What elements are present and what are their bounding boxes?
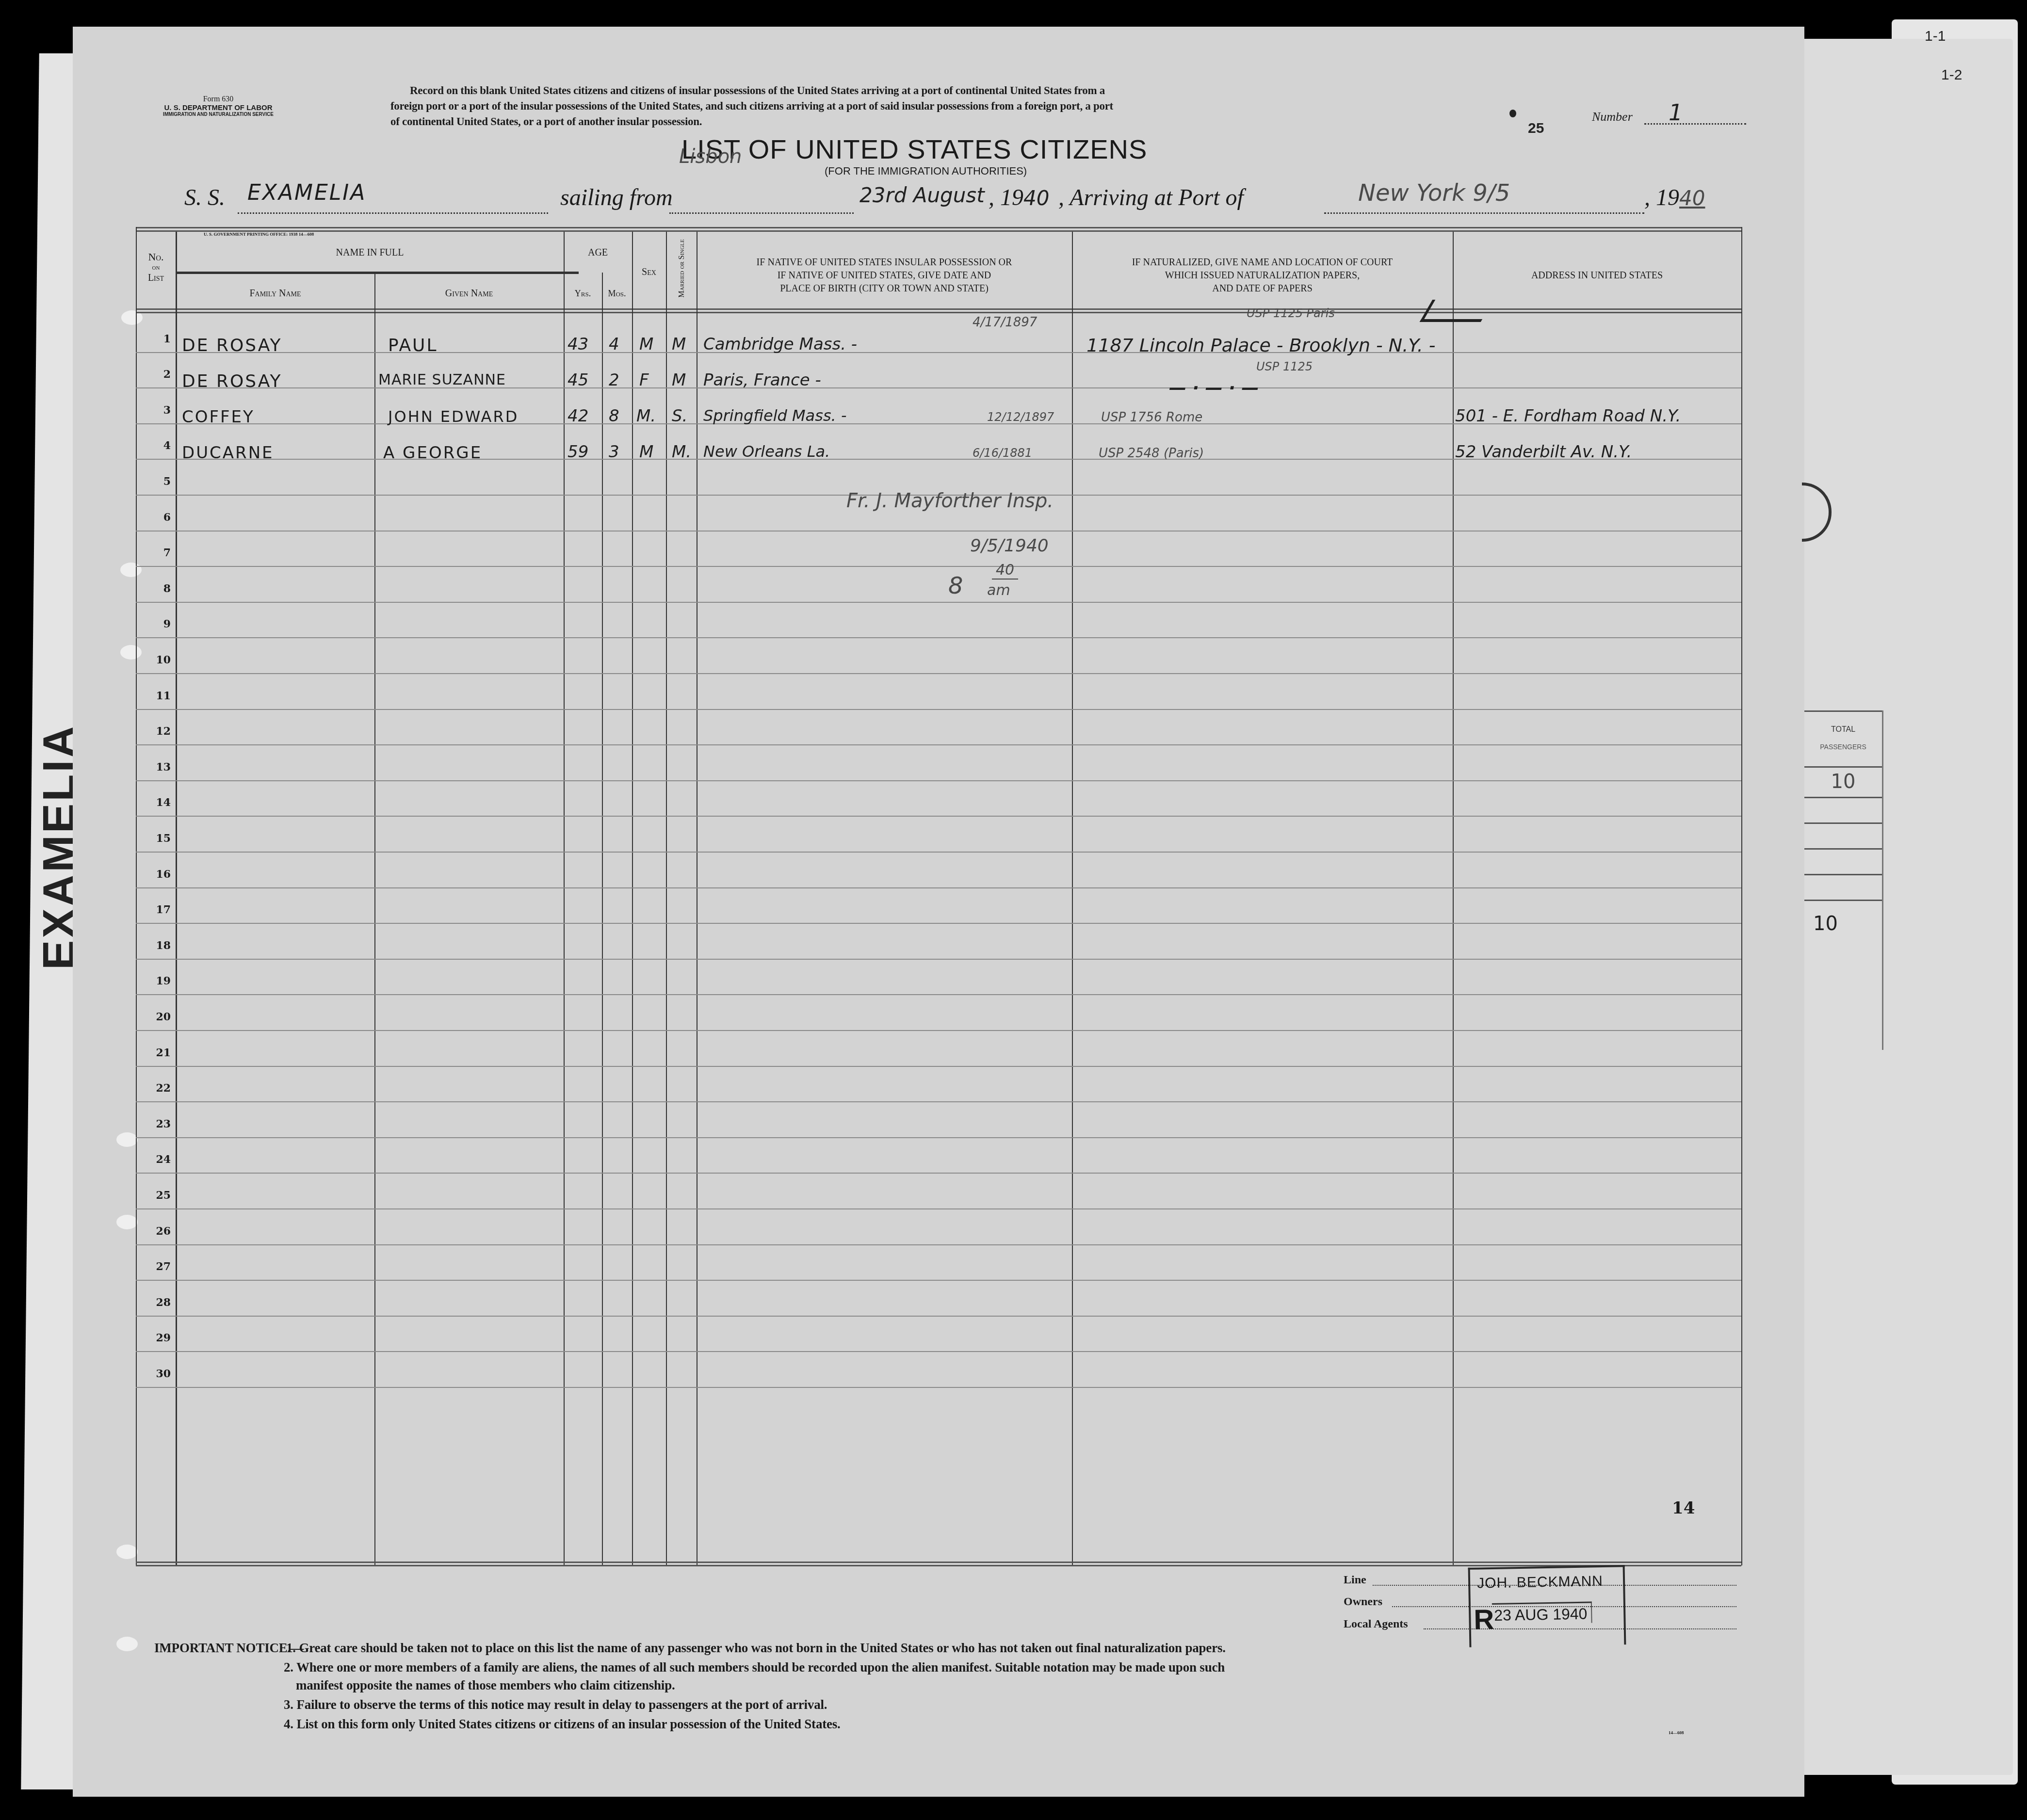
row-number: 2: [142, 368, 171, 381]
row-divider: [136, 1280, 1741, 1281]
row-divider: [136, 1101, 1741, 1102]
row-number: 8: [142, 582, 171, 595]
naturalization-cell: 1187 Lincoln Palace - Brooklyn - N.Y. -: [1086, 335, 1436, 356]
stamp-letter: R: [1474, 1603, 1494, 1636]
total-value: 10: [1804, 771, 1882, 793]
stamp-agent-name: JOH. BECKMANN: [1477, 1573, 1623, 1592]
row-divider: [136, 1137, 1741, 1138]
row-divider: [136, 673, 1741, 674]
passengers-label: PASSENGERS: [1804, 743, 1882, 751]
row-divider: [136, 566, 1741, 567]
row-divider: [136, 1208, 1741, 1209]
row-divider: [136, 1030, 1741, 1031]
row-number: 28: [142, 1296, 171, 1309]
age-years-cell: 45: [568, 370, 588, 390]
inspection-time-period: am: [987, 582, 1010, 599]
row-divider: [136, 923, 1741, 924]
birth-place-cell: Cambridge Mass. -: [703, 335, 857, 354]
table-bottom-border: [136, 1562, 1741, 1566]
notice-item: 2. Where one or more members of a family…: [284, 1660, 1225, 1675]
agent-stamp: JOH. BECKMANN R 23 AUG 1940: [1468, 1565, 1626, 1647]
row-number: 23: [142, 1118, 171, 1130]
notice-heading: IMPORTANT NOTICE.—: [154, 1641, 304, 1656]
row-number: 7: [142, 547, 171, 559]
given-name-cell: A GEORGE: [383, 443, 482, 463]
row-number: 25: [142, 1189, 171, 1202]
inspector-signature: Fr. J. Mayforther Insp.: [846, 490, 1054, 512]
row-number: 19: [142, 975, 171, 987]
row-divider: [136, 1351, 1741, 1352]
family-name-cell: DUCARNE: [182, 443, 274, 463]
age-months-cell: 2: [609, 370, 619, 390]
row-divider: [136, 887, 1741, 888]
row-number: 15: [142, 832, 171, 845]
birth-date-cell: 12/12/1897: [987, 410, 1054, 424]
marital-status-cell: M: [672, 370, 686, 390]
naturalization-note: USP 1125 Paris: [1247, 306, 1335, 320]
row-number: 9: [142, 618, 171, 630]
row-divider: [136, 352, 1741, 353]
row-number: 4: [142, 439, 171, 452]
row-number: 10: [142, 654, 171, 666]
total-label: TOTAL: [1804, 725, 1882, 734]
row-number: 5: [142, 475, 171, 488]
family-name-cell: DE ROSAY: [182, 336, 282, 355]
row-number: 13: [142, 761, 171, 773]
naturalization-cell: — · — · —: [1169, 378, 1259, 398]
given-name-cell: JOHN EDWARD: [388, 407, 519, 426]
row-number: 20: [142, 1011, 171, 1023]
age-months-cell: 3: [609, 442, 619, 462]
form-code: 14—608: [1669, 1730, 1684, 1735]
row-divider: [136, 780, 1741, 781]
sex-cell: M: [639, 335, 653, 354]
row-number: 30: [142, 1368, 171, 1380]
row-number: 6: [142, 511, 171, 524]
page-number: 14: [1672, 1498, 1695, 1518]
naturalization-cell: USP 2548 (Paris): [1099, 446, 1204, 461]
sex-cell: M: [639, 442, 653, 462]
birth-place-cell: Paris, France -: [703, 370, 821, 390]
row-divider: [136, 994, 1741, 995]
age-months-cell: 8: [609, 406, 619, 426]
divider: [1804, 874, 1882, 875]
age-months-cell: 4: [609, 335, 619, 354]
divider: [1804, 848, 1882, 850]
notice-item: 4. List on this form only United States …: [284, 1717, 841, 1732]
row-number: 29: [142, 1332, 171, 1344]
birth-place-cell: Springfield Mass. -: [703, 406, 846, 425]
divider: [1804, 822, 1882, 824]
family-name-cell: COFFEY: [182, 407, 255, 427]
row-divider: [136, 1173, 1741, 1174]
sex-cell: M.: [636, 406, 656, 426]
family-name-cell: DE ROSAY: [182, 371, 282, 391]
naturalization-cell: USP 1756 Rome: [1101, 410, 1202, 425]
row-number: 11: [142, 690, 171, 702]
row-number: 1: [142, 333, 171, 345]
row-divider: [136, 387, 1741, 388]
given-name-cell: PAUL: [388, 336, 438, 355]
total-passengers-box: TOTAL PASSENGERS 10 10: [1804, 710, 1883, 1050]
owners-label: Owners: [1344, 1595, 1382, 1609]
notice-item: 3. Failure to observe the terms of this …: [284, 1697, 827, 1712]
divider: [1804, 766, 1882, 768]
given-name-cell: MARIE SUZANNE: [378, 371, 506, 388]
row-divider: [136, 1244, 1741, 1245]
age-years-cell: 43: [568, 335, 588, 354]
age-years-cell: 42: [568, 406, 588, 426]
birth-place-cell: New Orleans La.: [703, 442, 830, 461]
row-number: 26: [142, 1225, 171, 1238]
row-number: 27: [142, 1260, 171, 1273]
notice-item: 1. Great care should be taken not to pla…: [286, 1641, 1226, 1656]
row-divider: [136, 744, 1741, 745]
notice-item: manifest opposite the names of those mem…: [296, 1678, 675, 1693]
local-agents-label: Local Agents: [1344, 1618, 1408, 1631]
inspection-date: 9/5/1940: [970, 536, 1049, 556]
total-value: 10: [1804, 913, 1882, 935]
row-number: 3: [142, 404, 171, 417]
row-divider: [136, 816, 1741, 817]
inspection-time-hour: 8: [948, 572, 963, 599]
address-cell: 501 - E. Fordham Road N.Y.: [1455, 406, 1681, 426]
line-label: Line: [1344, 1574, 1366, 1587]
row-number: 12: [142, 725, 171, 738]
divider: [1804, 797, 1882, 798]
naturalization-note: USP 1125: [1256, 360, 1313, 373]
address-cell: 52 Vanderbilt Av. N.Y.: [1455, 442, 1632, 462]
birth-date-cell: 4/17/1897: [973, 315, 1037, 330]
row-number: 16: [142, 868, 171, 881]
divider: [1804, 900, 1882, 901]
row-divider: [136, 531, 1741, 532]
row-number: 21: [142, 1047, 171, 1059]
row-divider: [136, 1066, 1741, 1067]
arrow-annotation-icon: [1420, 300, 1494, 322]
row-number: 24: [142, 1153, 171, 1166]
row-divider: [136, 852, 1741, 853]
marital-status-cell: M.: [672, 442, 691, 462]
row-divider: [136, 637, 1741, 638]
row-divider: [136, 602, 1741, 603]
row-number: 22: [142, 1082, 171, 1095]
divider: [1804, 710, 1882, 712]
row-number: 14: [142, 796, 171, 809]
table-body: 1234567891011121314151617181920212223242…: [0, 0, 2027, 1820]
row-divider: [136, 1316, 1741, 1317]
inspection-time-minutes: 40: [992, 562, 1018, 580]
row-divider: [136, 709, 1741, 710]
marital-status-cell: M: [672, 335, 686, 354]
sex-cell: F: [639, 370, 649, 390]
stamp-date: 23 AUG 1940: [1492, 1601, 1592, 1625]
row-number: 17: [142, 903, 171, 916]
row-number: 18: [142, 939, 171, 952]
row-divider: [136, 1387, 1741, 1388]
marital-status-cell: S.: [672, 406, 687, 426]
birth-date-cell: 6/16/1881: [973, 446, 1032, 460]
age-years-cell: 59: [568, 442, 588, 462]
row-divider: [136, 959, 1741, 960]
